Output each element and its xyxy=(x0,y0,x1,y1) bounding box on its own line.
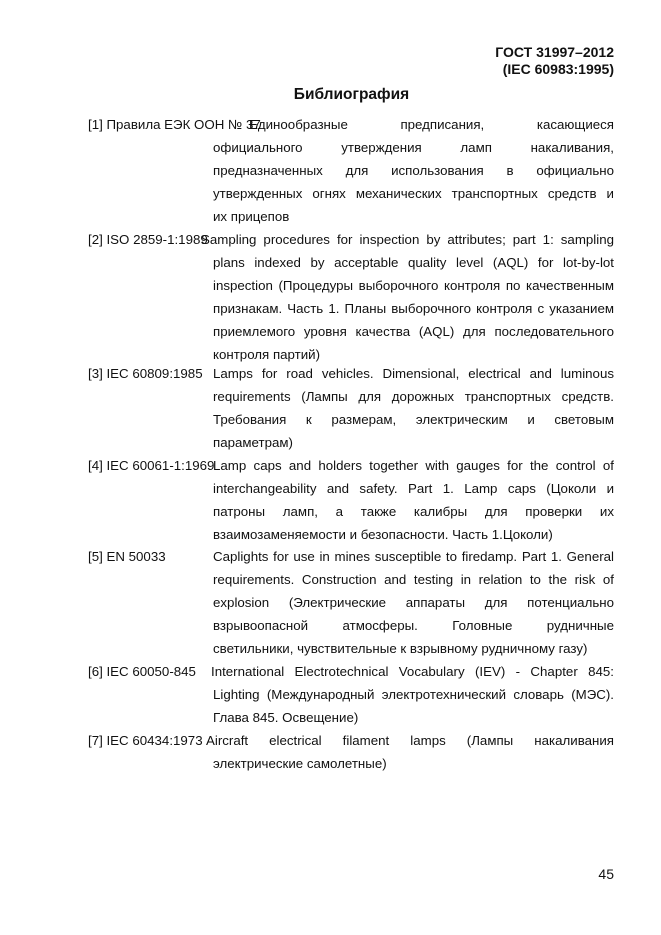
entry-text-line: признакам. Часть 1. Планы выборочного ко… xyxy=(213,297,614,320)
entry-text-line: взаимозаменяемости и безопасности. Часть… xyxy=(213,523,614,546)
page-title: Библиография xyxy=(0,86,661,104)
entry-text-line: Lighting (Международный электротехническ… xyxy=(213,683,614,706)
entry-text-line: Lamps for road vehicles. Dimensional, el… xyxy=(213,362,614,385)
entry-text-line: их прицепов xyxy=(213,205,614,228)
entry-text-line: Lamp caps and holders together with gaug… xyxy=(213,454,614,477)
entry-text-line: светильники, чувствительные к взрывному … xyxy=(213,637,614,660)
entry-text-line: Aircraft electrical filament lamps (Ламп… xyxy=(206,729,614,752)
entry-text-line: Sampling procedures for inspection by at… xyxy=(201,228,614,251)
entry-text-line: Единообразные предписания, касающиеся xyxy=(249,113,614,136)
standard-designation: ГОСТ 31997–2012 xyxy=(495,44,614,61)
page-number: 45 xyxy=(598,866,614,882)
reference-code: [7] IEC 60434:1973 xyxy=(88,729,203,752)
entry-text-line: plans indexed by acceptable quality leve… xyxy=(213,251,614,274)
reference-code: [5] EN 50033 xyxy=(88,545,166,568)
entry-text-line: inspection (Процедуры выборочного контро… xyxy=(213,274,614,297)
entry-text-line: патроны ламп, а также калибры для провер… xyxy=(213,500,614,523)
reference-code: [4] IEC 60061-1:1969 xyxy=(88,454,214,477)
entry-text-line: официального утверждения ламп накаливани… xyxy=(213,136,614,159)
entry-text-line: explosion (Электрические аппараты для по… xyxy=(213,591,614,614)
entry-text-line: Caplights for use in mines susceptible t… xyxy=(213,545,614,568)
reference-code: [2] ISO 2859-1:1989 xyxy=(88,228,208,251)
entry-text-line: предназначенных для использования в офиц… xyxy=(213,159,614,182)
reference-code: [6] IEC 60050-845 xyxy=(88,660,196,683)
entry-text-line: утвержденных огнях механических транспор… xyxy=(213,182,614,205)
entry-text-line: приемлемого уровня качества (AQL) для по… xyxy=(213,320,614,343)
entry-text-line: Глава 845. Освещение) xyxy=(213,706,614,729)
entry-text-line: requirements. Construction and testing i… xyxy=(213,568,614,591)
reference-code: [1] Правила ЕЭК ООН № 37 xyxy=(88,113,261,136)
entry-text-line: Требования к размерам, электрическим и с… xyxy=(213,408,614,431)
entry-text-line: International Electrotechnical Vocabular… xyxy=(211,660,614,683)
reference-code: [3] IEC 60809:1985 xyxy=(88,362,203,385)
entry-text-line: взрывоопасной атмосферы. Головные руднич… xyxy=(213,614,614,637)
entry-text-line: электрические самолетные) xyxy=(213,752,614,775)
entry-text-line: interchangeability and safety. Part 1. L… xyxy=(213,477,614,500)
entry-text-line: requirements (Лампы для дорожных транспо… xyxy=(213,385,614,408)
entry-text-line: параметрам) xyxy=(213,431,614,454)
equivalent-standard: (IEC 60983:1995) xyxy=(503,61,614,78)
